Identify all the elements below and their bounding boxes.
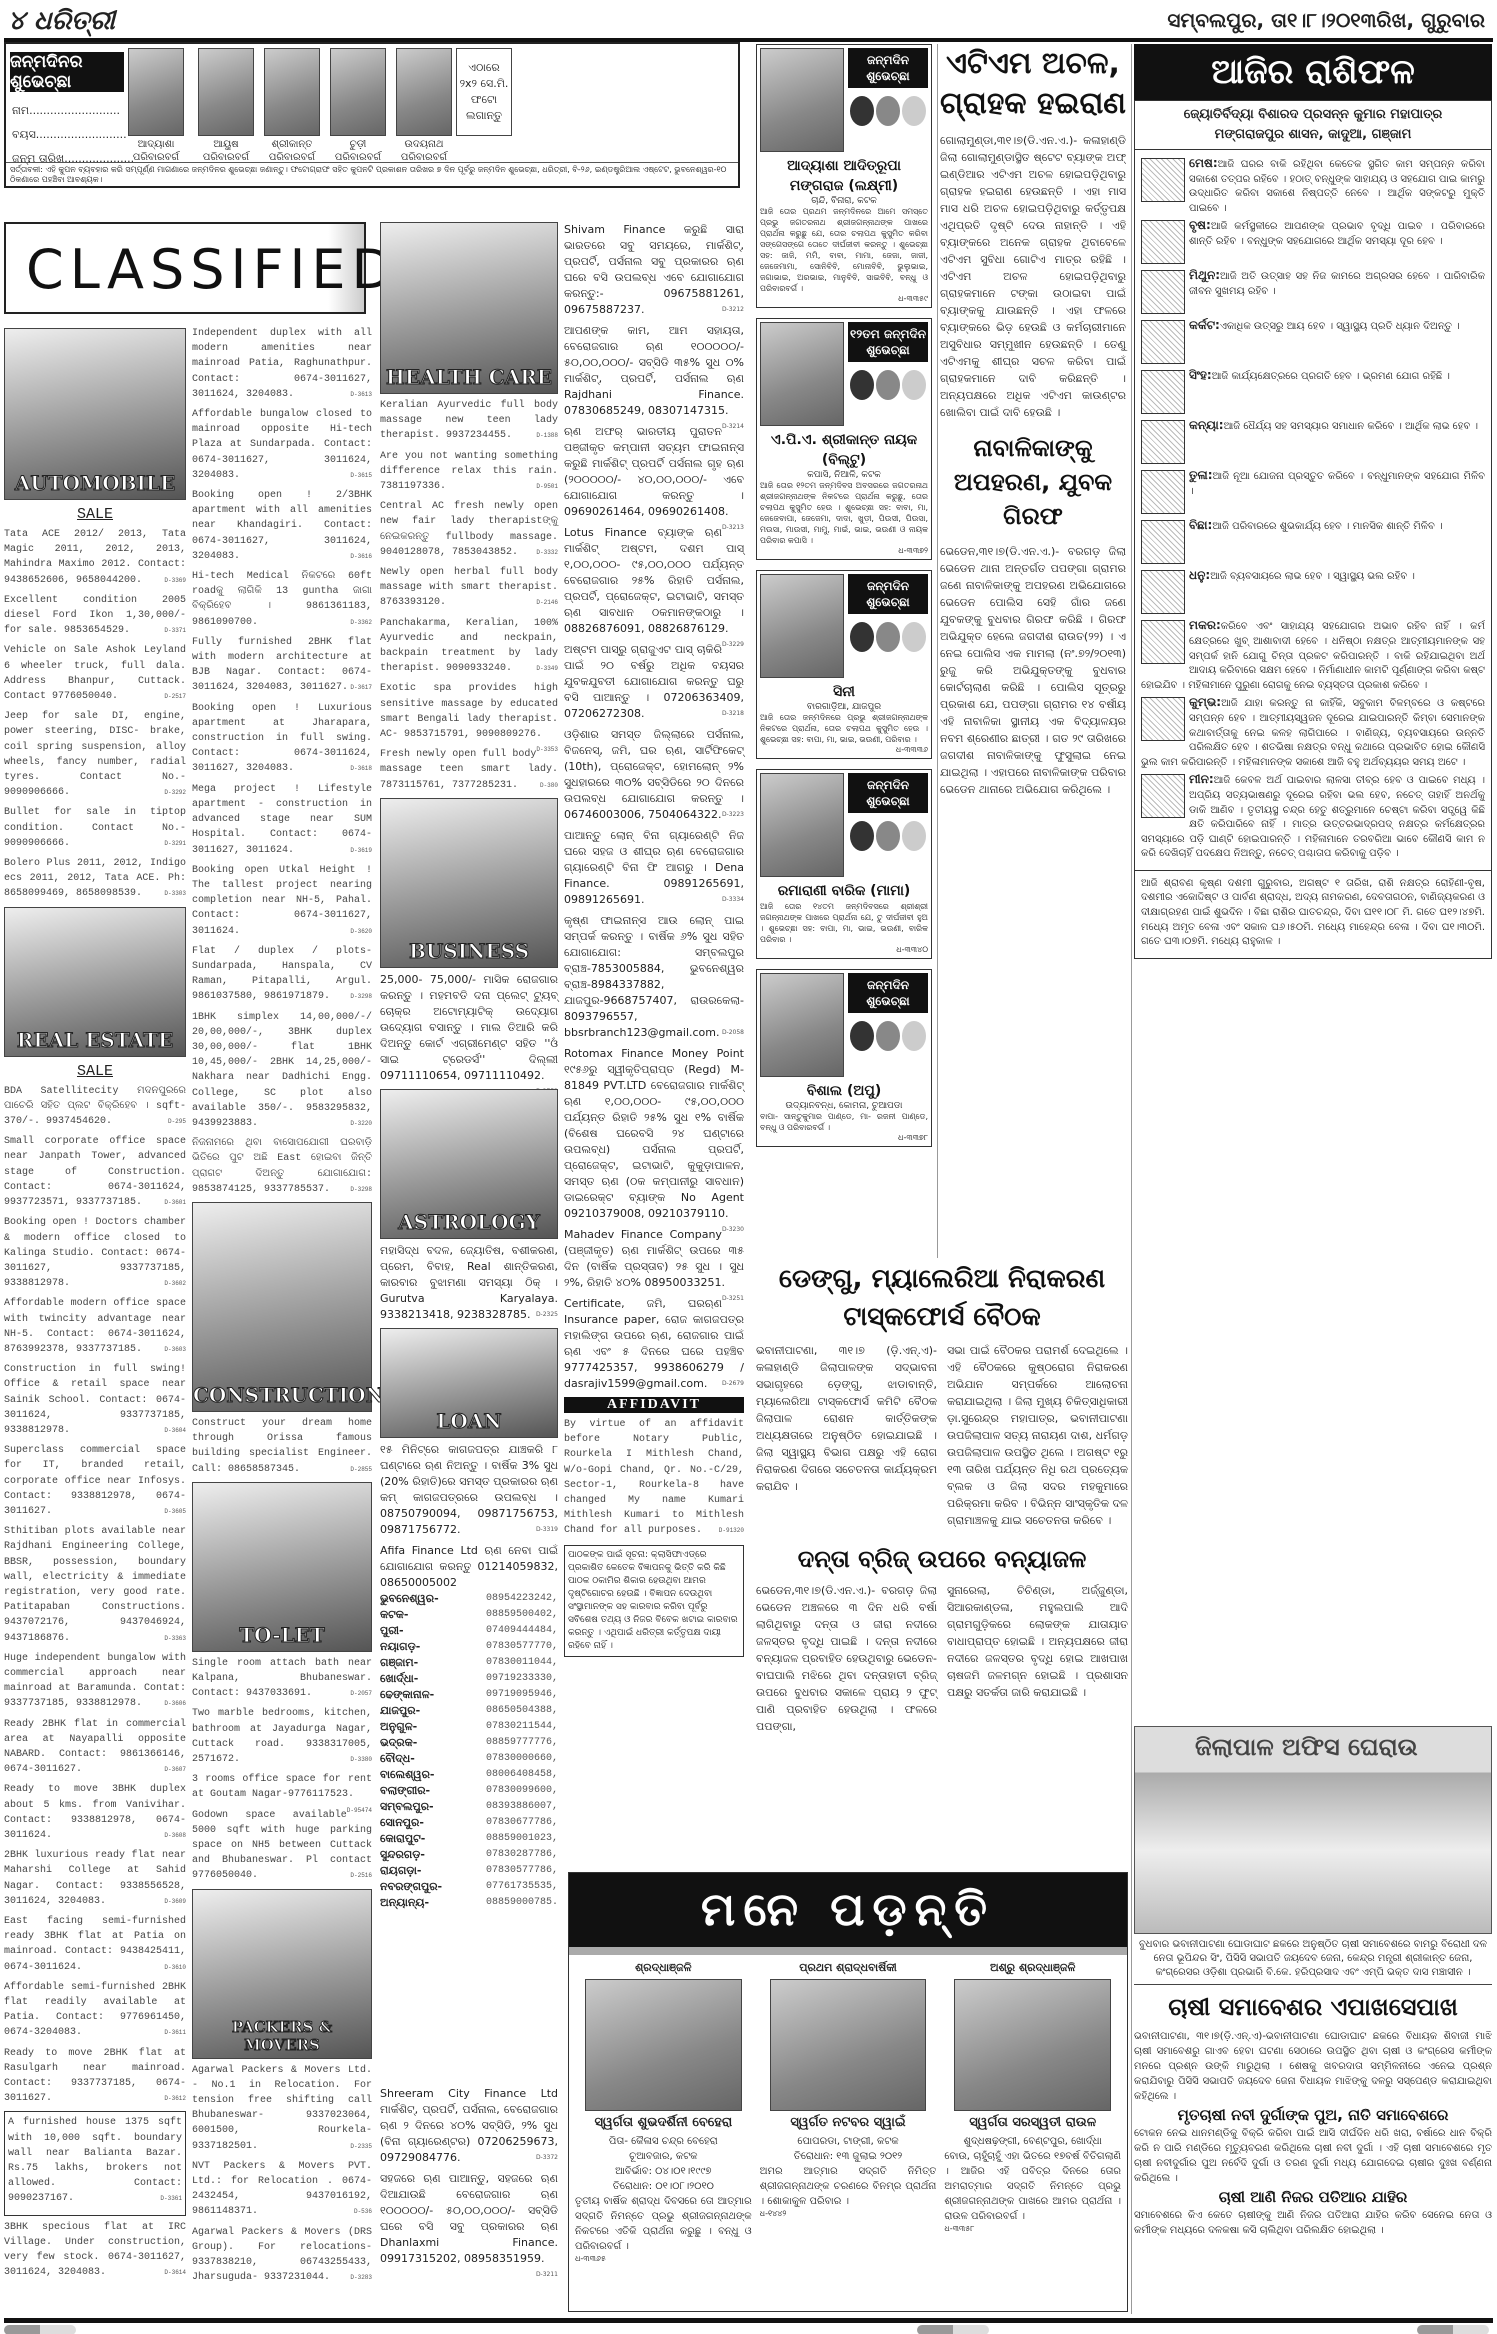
ad-code: D-3361 xyxy=(160,2191,182,2206)
ad-code: ଧ-୩୩୩୬ xyxy=(760,745,928,755)
classified-ad: କୃଷ୍ଣ ଫାଇନାନ୍ସ ଆଉ ଲୋନ୍ ପାଇ ସମ୍ପର୍କ କରନ୍ତ… xyxy=(564,913,744,1041)
ad-code: ଧ-୩୩୪୦ xyxy=(760,945,928,955)
classified-ad: Superclass commercial space for IT, bran… xyxy=(4,1443,186,1519)
ad-code: D-2679 xyxy=(722,1376,744,1392)
farmers-rally-story: ଜିଲାପାଳ ଅଫିସ ଘେରାଉ ବୁଧବାର ଭବାନୀପାଟଣା ଘୋଡ… xyxy=(1134,1726,1492,2238)
more-loan-ads: Shreeram City Finance Ltd ମାର୍କଶିଟ୍, ପ୍ର… xyxy=(380,2086,558,2267)
ad-code: D-9501 xyxy=(536,479,558,494)
ad-code: D-3613 xyxy=(350,387,372,402)
classified-ad: Newly open herbal full body massage with… xyxy=(380,565,558,611)
classified-ad: Construct your dream home through Orissa… xyxy=(192,1416,372,1477)
sale-heading: SALE xyxy=(4,1063,186,1080)
memorial-name: ସ୍ୱର୍ଗତ ନଟବର ସ୍ୱାଇଁ xyxy=(760,2115,937,2130)
ad-code: D-3334 xyxy=(722,892,744,908)
classified-ad: Bolero Plus 2011, 2012, Indigo ecs 2011,… xyxy=(4,856,186,902)
ad-code: ଧ-୩୩୭୨ xyxy=(760,546,928,556)
column-divider xyxy=(937,44,938,1258)
classified-ad: East facing semi-furnished ready 3BHK fl… xyxy=(4,1914,186,1975)
atm-body: ଗୋଲାମୁଣ୍ଡା,୩୧।୭(ଡି.ଏନ.ଏ.)- କଳାହାଣ୍ଡି ଜିଲ… xyxy=(940,132,1126,421)
zodiac-icon xyxy=(1141,570,1185,614)
classified-ad: Booking open Utkal Height ! The tallest … xyxy=(192,863,372,939)
classified-ad: Exotic spa provides high sensitive massa… xyxy=(380,681,558,742)
birthday-caption: ଉଦୟନାଥପରିବାରବର୍ଗ xyxy=(388,138,460,164)
birthday-name: ସିନୀ xyxy=(760,682,928,702)
ad-code: D-3349 xyxy=(536,661,558,676)
classified-ad: Independent duplex with all modern ameni… xyxy=(192,326,372,402)
memorial-label: ଅଶ୍ରୁ ଶ୍ରଦ୍ଧାଞ୍ଜଳି xyxy=(944,1961,1121,1975)
ad-code: D-3607 xyxy=(164,1762,186,1777)
rally-body-2: ଟୋକନ ନେଇ ଧାନମଣ୍ଡିକୁ ବିକ୍ରି କରିବା ପାଇଁ ଆସ… xyxy=(1134,2126,1492,2186)
sale-heading: SALE xyxy=(4,506,186,523)
rally-body-1: ଭବାନୀପାଟଣା, ୩୧।୭(ଡ଼ି.ଏନ୍.ଏ)-ଭବାନୀପାଟଣା ଘ… xyxy=(1134,2029,1492,2104)
birthday-name: ଏ.ପି.ଏ. ଶ୍ରୀକାନ୍ତ ନାୟକ (ବିଲ୍ଟୁ) xyxy=(760,430,928,470)
rally-subhead-1: ମୃତଚାଷୀ ନବୀ ଦୁର୍ଗାଙ୍କ ପୁଅ, ନାତି ସମାବେଶରେ xyxy=(1134,2104,1492,2126)
memorial-photo xyxy=(585,1979,742,2111)
real-estate-image: REAL ESTATE xyxy=(4,907,186,1057)
classified-ad: Single room attach bath near Kalpana, Bh… xyxy=(192,1656,372,1702)
memorial-photo xyxy=(954,1979,1111,2111)
astrology-ad: ମହାସିଦ୍ଧ ବଦଳ, ଜ୍ୟୋତିଷ, ବଶୀକରଣ, ପ୍ରେମ, ବି… xyxy=(380,1243,558,1323)
bottom-rule xyxy=(4,2318,1493,2323)
ad-code: D-3609 xyxy=(164,1894,186,1909)
classified-ad: Ready 2BHK flat in commercial area at Na… xyxy=(4,1717,186,1778)
branch-row: ଢେଙ୍କାନାଳ-09719095946, xyxy=(380,1687,558,1703)
classified-ad: Flat / duplex / plots-Sundarpada, Hanspa… xyxy=(192,944,372,1005)
classified-ad: Booking open ! Doctors chamber & modern … xyxy=(4,1215,186,1291)
birthday-address: ଉଦ୍ୟାନବନ୍ଧ, କୋମନା, ଚୁଆପଡା xyxy=(760,1101,928,1111)
construction-ad: Construct your dream home through Orissa… xyxy=(192,1416,372,1477)
birthday-coupon: ଜନ୍ମଦିନର ଶୁଭେଚ୍ଛା ନାମ...................… xyxy=(4,42,740,188)
classified-ad: Booking open ! Luxurious apartment at Jh… xyxy=(192,701,372,777)
ad-code: D-95474 xyxy=(347,1803,372,1818)
flood-headline: ଦନ୍ତା ବ୍ରିଜ୍ ଉପରେ ବନ୍ୟାଜଳ xyxy=(756,1542,1128,1576)
branch-row: ଭୁବନେଶ୍ୱର-08954223242, xyxy=(380,1591,558,1607)
minor-body: ଭେଡେନ,୩୧।୭(ଡି.ଏନ.ଏ.)- ବରଗଡ଼ ଜିଲା ଭେଡେନ ଥ… xyxy=(940,543,1126,798)
construction-image: CONSTRUCTION xyxy=(192,1202,372,1412)
affidavit-title: AFFIDAVIT xyxy=(564,1397,744,1413)
ad-code: D-3213 xyxy=(722,520,744,536)
balloons-icon xyxy=(848,821,928,851)
atm-headline: ଏଟିଏମ ଅଚଳ, ଗ୍ରାହକ ହଇରାଣ xyxy=(940,44,1126,124)
classified-ad: Tata ACE 2012/ 2013, Tata Magic 2011, 20… xyxy=(4,527,186,588)
zodiac-icon xyxy=(1141,370,1185,414)
ad-code: D-3251 xyxy=(722,1291,744,1307)
birthday-caption: ଶ୍ରୀକାନ୍ତପରିବାରବର୍ଗ xyxy=(256,138,328,164)
classified-ad: Are you not wanting something difference… xyxy=(380,449,558,495)
ad-code: D-3618 xyxy=(350,761,372,776)
horoscope-author: ଜ୍ୟୋତିର୍ବିଦ୍ୟା ବିଶାରଦ ପ୍ରସନ୍ନ କୁମାର ମହାପ… xyxy=(1134,100,1492,150)
ad-code: D-3606 xyxy=(164,1696,186,1711)
business-ad: 25,000- 75,000/- ମାସିକ ରୋଜଗାର କରନ୍ତୁ । ମ… xyxy=(380,972,558,1084)
classified-ad: Certificate, ଜମି, ଘରଋଣ Insurance paper, … xyxy=(564,1296,744,1392)
flood-col-2: ସୁନାରେଲା, ଚିଚିଣ୍ଡା, ଅର୍ଜ୍ଜୁଣ୍ଡା, ସିଆରକାଣ… xyxy=(947,1582,1128,1735)
zodiac-sign-entry: ମେଷ:ଆଜି ଘରର ବାକି ରହିଥିବା କେତେକ ସ୍ଥଗିତ କା… xyxy=(1141,156,1485,216)
classified-banner: CLASSIFIED xyxy=(4,222,366,314)
ad-code: D-3608 xyxy=(164,1828,186,1843)
classified-ad: Agarwal Packers & Movers (DRS Group). Fo… xyxy=(192,2225,372,2286)
memorial-box: ମନେ ପଡ଼ନ୍ତି ଶ୍ରଦ୍ଧାଞ୍ଜଳିସ୍ୱର୍ଗତା ଶୁଭଦର୍ଶ… xyxy=(568,1872,1128,2312)
classified-title: CLASSIFIED xyxy=(26,238,399,301)
birthday-message: ଆଜି ତୋର ଜନ୍ମଦିନରେ ପ୍ରଭୁ ଶ୍ରୀଜଗନ୍ନାଥଙ୍କ ନ… xyxy=(760,712,928,745)
branch-row: କୋରାପୁଟ-08859001023, xyxy=(380,1831,558,1847)
memorial-name: ସ୍ୱର୍ଗତା ଶୁଭଦର୍ଶିନୀ ବେହେରା xyxy=(575,2115,752,2130)
ad-code: D-3223 xyxy=(722,807,744,823)
birthday-name: ରମାରାଣୀ ବାରିକ (ମାମା) xyxy=(760,881,928,901)
zodiac-icon xyxy=(1141,470,1185,514)
classified-column-3: HEALTH CARE Keralian Ayurvedic full body… xyxy=(380,222,558,1911)
ad-code: ଧ-୩୩୫୯ xyxy=(760,294,928,304)
branch-row: ରାୟଗଡ଼ା-07830577786, xyxy=(380,1863,558,1879)
ad-code: D-3617 xyxy=(350,680,372,695)
ad-code: D-2335 xyxy=(350,2139,372,2154)
memorial-entry: ପ୍ରଥମ ଶ୍ରାଦ୍ଧବାର୍ଷିକୀସ୍ୱର୍ଗତ ନଟବର ସ୍ୱାଇଁ… xyxy=(760,1961,937,2264)
zodiac-sign-entry: ସିଂହ:ଆଜି କାର୍ଯ୍ୟକ୍ଷେତ୍ରରେ ପ୍ରଗତି ହେବ । ଭ… xyxy=(1141,368,1485,416)
photo-placeholder-box: ଏଠାରେ୨x୨ ସେ.ମି.ଫଟୋଲଗାନ୍ତୁ xyxy=(456,48,512,136)
ad-code: D-3601 xyxy=(164,1195,186,1210)
loan-image: LOAN xyxy=(380,1328,558,1438)
zodiac-sign-entry: ତୁଳା:ଆଜି ନୂଆ ଯୋଜନା ପ୍ରସ୍ତୁତ କରିବେ । ବନ୍ଧ… xyxy=(1141,468,1485,516)
dengue-col-2: ସଭା ପାଇଁ ବୈଠକର ପରାମର୍ଶ ଦେଇଥିଲେ । ଏହି ବୈଠ… xyxy=(947,1342,1128,1529)
branch-row: ସୁନ୍ଦରଗଡ଼-07830287786, xyxy=(380,1847,558,1863)
branch-row: ଭଦ୍ରକ-08859777776, xyxy=(380,1735,558,1751)
page-scroll-indicator xyxy=(4,2325,76,2334)
zodiac-sign-entry: ବୃଷ:ଆଜି କର୍ମସ୍ଥଳୀରେ ଆପଣଙ୍କ ପ୍ରଭାବ ବୃଦ୍ଧି… xyxy=(1141,218,1485,266)
birthday-photo xyxy=(264,48,320,136)
classified-ad: Shivam Finance କରୁଛି ସାରା ଭାରତରେ ସବୁ ସମୟ… xyxy=(564,222,744,318)
classified-ad: Vehicle on Sale Ashok Leyland 6 wheeler … xyxy=(4,643,186,704)
classified-ad: Affordable bungalow closed to mainroad o… xyxy=(192,407,372,483)
branch-row: ବୌଦ୍ଧ-07830000660, xyxy=(380,1751,558,1767)
birthday-cards-column: ଜନ୍ମଦିନ ଶୁଭେଚ୍ଛାଆଦ୍ୟାଶା ଆଦିତ୍ରୂପା ମଙ୍ଗରା… xyxy=(756,44,932,1157)
automobile-image: AUTOMOBILE xyxy=(4,328,186,500)
zodiac-icon xyxy=(1141,270,1185,314)
zodiac-sign-entry: କନ୍ୟା:ଆଜି ଧୈର୍ଯ୍ୟ ସହ ସମସ୍ୟାର ସମାଧାନ କରିବ… xyxy=(1141,418,1485,466)
memorial-photo xyxy=(770,1979,927,2111)
branch-row: କଟକ-08859500402, xyxy=(380,1607,558,1623)
birthday-name: ଆଦ୍ୟାଶା ଆଦିତ୍ରୂପା ମଙ୍ଗରାଜ (ଲକ୍ଷ୍ମୀ) xyxy=(760,156,928,196)
health-ads: Keralian Ayurvedic full body massage new… xyxy=(380,398,558,793)
birthday-card: ଜନ୍ମଦିନ ଶୁଭେଚ୍ଛାଆଦ୍ୟାଶା ଆଦିତ୍ରୂପା ମଙ୍ଗରା… xyxy=(756,44,932,308)
classified-ad: Shreeram City Finance Ltd ମାର୍କଶିଟ୍, ପ୍ର… xyxy=(380,2086,558,2166)
zodiac-icon xyxy=(1141,520,1185,564)
birthday-photo xyxy=(396,48,452,136)
classified-ad: Hi-tech Medical ନିକଟରେ 60ft roadକୁ ଲାଗିକ… xyxy=(192,569,372,630)
classified-ad: NVT Packers & Movers PVT. Ltd.: for Relo… xyxy=(192,2159,372,2220)
coupon-terms: ସର୍ତ୍ତାବଳୀ: ଏହି କୁପନ ବ୍ୟବହାର କରି ସମ୍ପୂର୍… xyxy=(6,162,738,186)
classified-column-5: Shreeram City Finance Ltd ମାର୍କଶିଟ୍, ପ୍ର… xyxy=(380,2086,558,2283)
memorial-banner: ମନେ ପଡ଼ନ୍ତି xyxy=(569,1873,1127,1955)
packers-image: PACKERS & MOVERS xyxy=(192,1889,372,2059)
astrology-image: ASTROLOGY xyxy=(380,1089,558,1239)
panjika: ଆଜି ଶ୍ରାବଣ କୃଷ୍ଣ ଦଶମୀ ଗୁରୁବାର, ଅଗଷ୍ଟ ୧ ତ… xyxy=(1134,871,1492,959)
branch-row: ସମ୍ବଲପୁର-08393886007, xyxy=(380,1799,558,1815)
age-field[interactable]: ବୟସ.......................... xyxy=(12,128,127,142)
ad-code: D-3214 xyxy=(722,419,744,435)
ad-code: D-3616 xyxy=(350,549,372,564)
ad-code: D-3371 xyxy=(164,623,186,638)
birthday-photo xyxy=(760,773,844,877)
birthday-address: କପାସି, ନିଆଳି, କଟକ xyxy=(760,470,928,480)
zodiac-sign-entry: ଧନୁ:ଆଜି ବ୍ୟବସାୟରେ ଲାଭ ହେବ । ସ୍ୱାସ୍ଥ୍ୟ ଭଲ… xyxy=(1141,568,1485,616)
page-scroll-indicator xyxy=(917,2325,989,2334)
classified-ad: Affordable modern office space with twin… xyxy=(4,1296,186,1357)
ad-code: D-3353 xyxy=(536,742,558,757)
birthday-photo xyxy=(760,973,844,1077)
classified-ad: Small corporate office space near Janpat… xyxy=(4,1134,186,1210)
ad-code: D-3283 xyxy=(350,2270,372,2285)
classified-ad: 25,000- 75,000/- ମାସିକ ରୋଜଗାର କରନ୍ତୁ । ମ… xyxy=(380,972,558,1084)
ad-code: ଧ-୩୩୭୮ xyxy=(760,1133,928,1143)
page-number-title: ୪ ଧରିତ୍ରୀ xyxy=(8,6,115,37)
classified-ad: Excellent condition 2005 diesel Ford Iko… xyxy=(4,593,186,639)
memorial-message: ତୃତୀୟ ବାର୍ଷିକ ଶ୍ରାଦ୍ଧ ଦିବସରେ ତୋ ଆତ୍ମାର ସ… xyxy=(575,2194,752,2254)
column-divider xyxy=(1131,44,1132,2314)
to-let-image: TO-LET xyxy=(192,1482,372,1652)
ad-code: D-3230 xyxy=(722,1222,744,1238)
ad-code: D-3610 xyxy=(164,1960,186,1975)
last-ad: 3BHK specious flat at IRC Village. Under… xyxy=(4,2220,186,2281)
birthday-tag: ୧୨ତମ ଜନ୍ମଦିନ ଶୁଭେଚ୍ଛା xyxy=(848,322,928,362)
rally-body-3: ସମାବେଶରେ କିଏ କେତେ ଚାଷୀଙ୍କୁ ଆଣି ନିଜର ପତିଆ… xyxy=(1134,2208,1492,2238)
ad-code: D-3614 xyxy=(164,2265,186,2280)
classified-ad: 3 rooms office space for rent at Goutam … xyxy=(192,1772,372,1802)
birthday-message: ବାପା- ସାନ୍ତୁକୁମାର ପାଣ୍ଡେ, ମା- ରଜନୀ ପାଣ୍ଡ… xyxy=(760,1111,928,1133)
news-column: ଏଟିଏମ ଅଚଳ, ଗ୍ରାହକ ହଇରାଣ ଗୋଲାମୁଣ୍ଡା,୩୧।୭(… xyxy=(940,44,1126,798)
ad-code: D-3372 xyxy=(536,2150,558,2166)
classified-ad: Bullet for sale in tiptop condition. Con… xyxy=(4,805,186,851)
rally-caption: ବୁଧବାର ଭବାନୀପାଟଣା ଘୋଡାଘାଟ ଛକରେ ଅନୁଷ୍ଠିତ … xyxy=(1134,1934,1492,1985)
classified-ad: 1BHK simplex 14,00,000/-/ 20,00,000/-, 3… xyxy=(192,1010,372,1132)
classified-ad: A furnished house 1375 sqft with 10,000 … xyxy=(8,2115,182,2206)
classified-ad: ଆପଣଙ୍କ କାମ, ଆମ ସହାୟତା, ବେରୋଜଗାର ଋଣ ୧୦୦୦୦… xyxy=(564,323,744,419)
ad-code: D-3612 xyxy=(164,2091,186,2106)
classified-ad: BDA Satellitecity ମଦନପୁରରେ ପାଚେରି ସହିତ ପ… xyxy=(4,1084,186,1130)
ad-code: D-3229 xyxy=(722,637,744,653)
classified-ad: Ready to move 3BHK duplex about 5 kms. f… xyxy=(4,1782,186,1843)
ad-code: D-2146 xyxy=(536,595,558,610)
birthday-caption: ଆୟୁଷପରିବାରବର୍ଗ xyxy=(190,138,262,164)
affidavit-text: By virtue of an affidavit before Notary … xyxy=(564,1417,744,1539)
flood-story: ଦନ୍ତା ବ୍ରିଜ୍ ଉପରେ ବନ୍ୟାଜଳ ଭେଡେନ,୩୧।୭(ଡି.… xyxy=(756,1542,1128,1735)
classified-ad: Ready to move 2BHK flat at Rasulgarh nea… xyxy=(4,2046,186,2107)
finance-ads: Shivam Finance କରୁଛି ସାରା ଭାରତରେ ସବୁ ସମୟ… xyxy=(564,222,744,1392)
birthday-message: ଆଜି ତୋର ୧୪ତମ ଜନ୍ମଦିବସରେ ଶ୍ରୀଶ୍ରୀ ଜଗନ୍ନାଥ… xyxy=(760,901,928,945)
zodiac-icon xyxy=(1141,220,1185,264)
birthday-tag: ଜନ୍ମଦିନ ଶୁଭେଚ୍ଛା xyxy=(848,574,928,614)
branch-row: ଯାଜପୁର-08650504388, xyxy=(380,1703,558,1719)
birthday-card: ଜନ୍ମଦିନ ଶୁଭେଚ୍ଛାରମାରାଣୀ ବାରିକ (ମାମା)ଆଜି … xyxy=(756,769,932,959)
birthday-photo xyxy=(330,48,386,136)
birthday-caption: ଚୁଡ଼ୀପରିବାରବର୍ଗ xyxy=(322,138,394,164)
ad-code: D-3619 xyxy=(350,843,372,858)
classified-ad: Jeep for sale DI, engine, power steering… xyxy=(4,709,186,800)
dengue-headline: ଡେଙ୍ଗୁ, ମ୍ୟାଲେରିଆ ନିରାକରଣ ଟାସ୍କଫୋର୍ସ ବୈଠ… xyxy=(756,1260,1128,1336)
zodiac-icon xyxy=(1141,320,1185,364)
branch-row: ବାଲେଶ୍ୱର-08006408458, xyxy=(380,1767,558,1783)
classified-ad: Godown space available 5000 sqft with hu… xyxy=(192,1808,372,1884)
classified-ad: ନିଜନାମରେ ଥିବା ବାସୋପଯୋଗୀ ଘରବାଡ଼ି ଭିତିରେ ପ… xyxy=(192,1136,372,1197)
classified-ad: Construction in full swing! Office & ret… xyxy=(4,1362,186,1438)
classified-ad: ମହାସିଦ୍ଧ ବଦଳ, ଜ୍ୟୋତିଷ, ବଶୀକରଣ, ପ୍ରେମ, ବି… xyxy=(380,1243,558,1323)
birthday-photo xyxy=(198,48,254,136)
afifa-finance-ad: Afifa Finance Ltd ଋଣ ନେବା ପାଇଁ ଯୋଗାଯୋଗ କ… xyxy=(380,1543,558,1911)
branch-row: ଗଞ୍ଜାମ-07830011044, xyxy=(380,1655,558,1671)
ad-code: D-2516 xyxy=(350,1868,372,1883)
classified-ad: Agarwal Packers & Movers Ltd. - No.1 in … xyxy=(192,2063,372,2154)
zodiac-icon xyxy=(1141,697,1185,741)
branch-row: ନୟାଗଡ଼-07830577770, xyxy=(380,1639,558,1655)
automobile-ads: Tata ACE 2012/ 2013, Tata Magic 2011, 20… xyxy=(4,527,186,902)
ad-code: D-3602 xyxy=(164,1276,186,1291)
classified-ad: Mega project ! Lifestyle apartment - con… xyxy=(192,782,372,858)
birthday-tag: ଜନ୍ମଦିନ ଶୁଭେଚ୍ଛା xyxy=(848,48,928,88)
balloons-icon xyxy=(848,370,928,400)
birthday-card: ୧୨ତମ ଜନ୍ମଦିନ ଶୁଭେଚ୍ଛାଏ.ପି.ଏ. ଶ୍ରୀକାନ୍ତ ନ… xyxy=(756,318,932,560)
classified-ad: Fully furnished 2BHK flat with modern ar… xyxy=(192,635,372,696)
ad-code: D-2058 xyxy=(722,1025,744,1041)
memorial-name: ସ୍ୱର୍ଗତା ସରସ୍ୱତୀ ରାଉଳ xyxy=(944,2115,1121,2130)
zodiac-icon xyxy=(1141,158,1185,202)
memorial-label: ଶ୍ରଦ୍ଧାଞ୍ଜଳି xyxy=(575,1961,752,1975)
ad-code: D-91320 xyxy=(719,1523,744,1538)
business-image: BUSINESS xyxy=(380,798,558,968)
ad-code: D-3298 xyxy=(350,989,372,1004)
ad-code: D-3369 xyxy=(164,573,186,588)
ad-code: D-3212 xyxy=(722,302,744,318)
zodiac-sign-entry: ବିଛା:ଆଜି ପରିବାରରେ ଶୁଭକାର୍ଯ୍ୟ ହେବ । ମାନସି… xyxy=(1141,518,1485,566)
ad-code: D-380 xyxy=(540,778,558,793)
horoscope-signs: ମେଷ:ଆଜି ଘରର ବାକି ରହିଥିବା କେତେକ ସ୍ଥଗିତ କା… xyxy=(1134,150,1492,871)
classified-column-1: AUTOMOBILE SALE Tata ACE 2012/ 2013, Tat… xyxy=(4,328,186,2286)
classified-ad: Fresh newly open full body massage teen … xyxy=(380,747,558,793)
packers-ads: Agarwal Packers & Movers Ltd. - No.1 in … xyxy=(192,2063,372,2286)
birthday-address: ବାରଗାଡ଼ିଆ, ଯାଜପୁର xyxy=(760,702,928,712)
dateline: ସମ୍ବଲପୁର, ତା୧।୮।୨୦୧୩ରିଖ, ଗୁରୁବାର xyxy=(1167,8,1485,32)
ad-code: ଧ-୩୩୬୫ xyxy=(575,2254,752,2264)
ad-code: D-3218 xyxy=(722,706,744,722)
memorial-details: ପିତା- କୈଳାସ ଚନ୍ଦ୍ର ବେହେରାଚୂଆବଜାର, କଟକଆବି… xyxy=(575,2134,752,2194)
ad-code: D-3298 xyxy=(350,1182,372,1197)
name-field[interactable]: ନାମ.......................... xyxy=(12,104,120,118)
memorial-details: ଶୁଦ୍ଧଷଢ଼ଙ୍ଗୀ, ବେଣ୍ଟପୁର, ଖୋର୍ଦ୍ଧା xyxy=(944,2134,1121,2149)
ad-code: ଧ-୧୪୪୨ xyxy=(760,2209,937,2219)
classified-ad: Central AC fresh newly open new fair lad… xyxy=(380,499,558,560)
ad-code: D-3319 xyxy=(536,1522,558,1538)
classified-ad: ଓଡ଼ିଶାର ସମସ୍ତ ଜିଲ୍ଲାରେ ପର୍ସନାଲ, ବିଜନେସ୍,… xyxy=(564,727,744,823)
dengue-col-1: ଭବାନୀପାଟଣା, ୩୧।୭ (ଡ଼ି.ଏନ୍.ଏ)- କଳାହାଣ୍ଡି … xyxy=(756,1342,937,1529)
ad-code: D-536 xyxy=(354,2204,372,2219)
birthday-photo xyxy=(760,322,844,426)
ad-code: D-3362 xyxy=(350,615,372,630)
classified-ad: Booking open ! 2/3BHK apartment with all… xyxy=(192,488,372,564)
classified-ad: Two marble bedrooms, kitchen, bathroom a… xyxy=(192,1706,372,1767)
memorial-message: ଅମର ଆତ୍ମାର ସଦ୍‌ଗତି ନିମିତ୍ତ ଶ୍ରୀଜଗନ୍ନାଥଙ୍… xyxy=(760,2164,937,2209)
ad-code: D-2855 xyxy=(350,1462,372,1477)
reader-notice: ପାଠକଙ୍କ ପାଇଁ ସୂଚନା: କ୍ଲାସିଫାଏଡ୍‌ରେ ପ୍ରକା… xyxy=(564,1545,744,1657)
birthday-photo xyxy=(128,48,184,136)
classified-ad: ପାଆନ୍ତୁ ଲୋନ୍ ବିନା ଗ୍ୟାରେଣ୍ଟି ନିଜ ଘରେ ସହଜ… xyxy=(564,828,744,908)
dengue-story: ଡେଙ୍ଗୁ, ମ୍ୟାଲେରିଆ ନିରାକରଣ ଟାସ୍କଫୋର୍ସ ବୈଠ… xyxy=(756,1260,1128,1529)
classified-column-2: Independent duplex with all modern ameni… xyxy=(192,326,372,2290)
minor-headline: ନାବାଳିକାଙ୍କୁ ଅପହରଣ, ଯୁବକ ଗିରଫ xyxy=(940,431,1126,533)
classified-ad: Affordable semi-furnished 2BHK flat read… xyxy=(4,1980,186,2041)
branch-row: ଅନ୍ୟାନ୍ୟ-08859000785. xyxy=(380,1895,558,1911)
ad-code: D-3605 xyxy=(164,1504,186,1519)
zodiac-sign-entry: ମୀନ:ଆଜି କେବଳ ଅର୍ଥ ପାଇବାର ଲାଳସା ତୀବ୍ର ହେବ… xyxy=(1141,772,1485,862)
ad-code: D-3363 xyxy=(164,1631,186,1646)
classified-column-4: Shivam Finance କରୁଛି ସାରା ଭାରତରେ ସବୁ ସମୟ… xyxy=(564,222,744,1657)
rally-headline: ଚାଷୀ ସମାବେଶର ଏପାଖସେପାଖ xyxy=(1134,1989,1492,2025)
zodiac-sign-entry: ମିଥୁନ:ଆଜି ଅତି ଉତ୍ସାହ ସହ ନିଜ କାମରେ ଅଗ୍ରସର… xyxy=(1141,268,1485,316)
birthday-message: ଆଜି ତୋର ୧୨ତମ ଜନ୍ମଦିବସ ଅବସରରେ ଜଗତରନାଥ ଶ୍ର… xyxy=(760,480,928,546)
branch-row: ପୁରୀ-07409444484, xyxy=(380,1623,558,1639)
birthday-photo xyxy=(760,574,844,678)
birthday-name: ବିଶାଲ (ଅପୁ) xyxy=(760,1081,928,1101)
health-care-image: HEALTH CARE xyxy=(380,222,558,394)
ad-code: D-3604 xyxy=(164,1423,186,1438)
birthday-message: ଆଜି ତୋର ପ୍ରଥମ ଜନ୍ମଦିନରେ ଆମେ ସମସ୍ତେ ପ୍ରଭୁ… xyxy=(760,206,928,294)
birthday-caption: ଆଦ୍ୟାଶାପରିବାରବର୍ଗ xyxy=(120,138,192,164)
ad-code: D-3220 xyxy=(350,1116,372,1131)
classified-ad: ୧୫ ମିନିଟ୍‌ରେ କାଗଜପତ୍ର ଯାଞ୍ଚକରି ୮ ଘଣ୍ଟାରେ… xyxy=(380,1442,558,1538)
boxed-ad: A furnished house 1375 sqft with 10,000 … xyxy=(4,2111,186,2215)
ad-code: D-3291 xyxy=(164,836,186,851)
birthday-card: ଜନ୍ମଦିନ ଶୁଭେଚ୍ଛାସିନୀବାରଗାଡ଼ିଆ, ଯାଜପୁରଆଜି… xyxy=(756,570,932,759)
ad-code: ଧ-୩୩୫୮ xyxy=(944,2224,1121,2234)
ad-code: D-3292 xyxy=(164,785,186,800)
ad-code: D-3211 xyxy=(536,2267,558,2283)
classified-ad: 3BHK specious flat at IRC Village. Under… xyxy=(4,2220,186,2281)
memorial-entry: ଶ୍ରଦ୍ଧାଞ୍ଜଳିସ୍ୱର୍ଗତା ଶୁଭଦର୍ଶିନୀ ବେହେରାପି… xyxy=(575,1961,752,2264)
zodiac-sign-entry: ମକର:କରିବେ ଏବଂ ସାହାଯ୍ୟ ସହଯୋଗର ଅଭାବ ରହିବ ନ… xyxy=(1141,618,1485,693)
branch-row: ବଲାଙ୍ଗୀର-07830099600, xyxy=(380,1783,558,1799)
flood-col-1: ଭେଡେନ,୩୧।୭(ଡି.ଏନ.ଏ.)- ବରଗଡ଼ ଜିଲା ଭେଡେନ ଅ… xyxy=(756,1582,937,1735)
classified-ad: Mahadev Finance Company (ପଞ୍ଜୀକୃତ) ଋଣ ମା… xyxy=(564,1227,744,1291)
rally-subhead-2: ଚାଷୀ ଆଣି ନିଜର ପତିଆର ଯାହିର xyxy=(1134,2186,1492,2208)
balloons-icon xyxy=(848,96,928,126)
memorial-message: ବୋଉ, ଚାହୁଁଚାହୁଁ ଏହା ଭିତରେ ୧୭ବର୍ଷ ବିତିଗଲା… xyxy=(944,2149,1121,2224)
classified-ad: Lotus Finance ବ୍ୟାଙ୍କ ଋଣ ମାର୍କଶିଟ୍ ଅଷ୍ଟମ… xyxy=(564,525,744,637)
balloons-icon xyxy=(848,1021,928,1051)
classified-ad: ଅଷ୍ଟମ ପାସ୍‌ରୁ ଗ୍ରାଜୁଏଟ ପାସ୍ ଚାକିରି ପାଇଁ … xyxy=(564,642,744,722)
ad-code: D-2325 xyxy=(536,1307,558,1323)
branch-row: ଅନୁଗୁଳ-07830211544, xyxy=(380,1719,558,1735)
zodiac-sign-entry: କର୍କଟ:ଏକାଧିକ ଉତ୍ସରୁ ଆୟ ହେବ । ସ୍ୱାସ୍ଥ୍ୟ ପ… xyxy=(1141,318,1485,366)
classified-ad: By virtue of an affidavit before Notary … xyxy=(564,1417,744,1539)
zodiac-icon xyxy=(1141,620,1185,664)
birthday-photo xyxy=(760,48,844,152)
birthday-address: ଚାନ୍ଦି, ବିନାରା, କଟକ xyxy=(760,196,928,206)
to-let-ads: Single room attach bath near Kalpana, Bh… xyxy=(192,1656,372,1884)
zodiac-sign-entry: କୁମ୍ଭ:ଆଜି ଯାହା କରନ୍ତୁ ନା କାହିଁକି, ସବୁକାମ… xyxy=(1141,695,1485,770)
ad-code: D-3615 xyxy=(350,468,372,483)
ad-code: D-2517 xyxy=(164,689,186,704)
ad-code: D-1388 xyxy=(536,428,558,443)
birthday-tag: ଜନ୍ମଦିନ ଶୁଭେଚ୍ଛା xyxy=(848,973,928,1013)
horoscope-section: ଆଜିର ରାଶିଫଳ ଜ୍ୟୋତିର୍ବିଦ୍ୟା ବିଶାରଦ ପ୍ରସନ୍… xyxy=(1134,44,1492,1668)
ad-code: D-3611 xyxy=(164,2025,186,2040)
zodiac-icon xyxy=(1141,774,1185,818)
real-estate-ads: BDA Satellitecity ମଦନପୁରରେ ପାଚେରି ସହିତ ପ… xyxy=(4,1084,186,2107)
classified-ad: Sthitiban plots available near Rajdhani … xyxy=(4,1524,186,1646)
horoscope-title: ଆଜିର ରାଶିଫଳ xyxy=(1134,44,1492,100)
memorial-details: ପୋପରଡା, ଟାଙ୍ଗୀ, କଟକତିରୋଧାନ: ୧୩ ଜୁଲାଇ ୨୦୧… xyxy=(760,2134,937,2164)
ad-code: D-3620 xyxy=(350,924,372,939)
classified-ad: Keralian Ayurvedic full body massage new… xyxy=(380,398,558,444)
birthday-coupon-title: ଜନ୍ମଦିନର ଶୁଭେଚ୍ଛା xyxy=(10,52,124,92)
zodiac-icon xyxy=(1141,420,1185,464)
classified-ad: Huge independent bungalow with commercia… xyxy=(4,1651,186,1712)
